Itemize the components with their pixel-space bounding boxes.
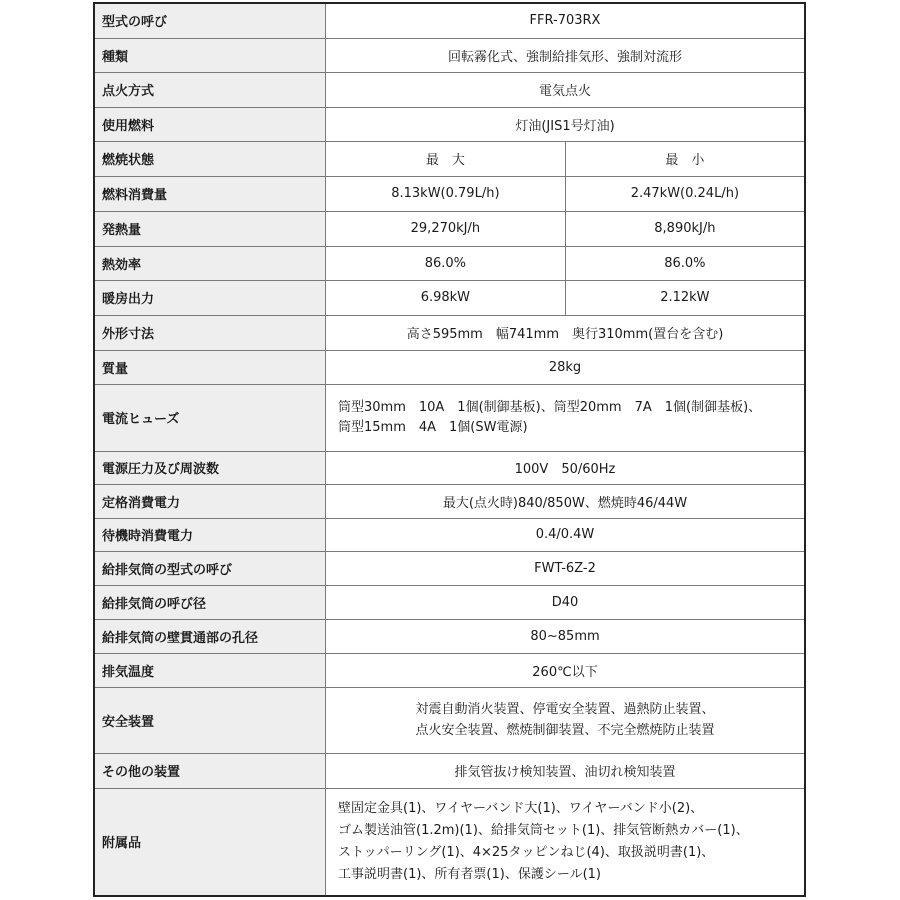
label-power-supply: 電源圧力及び周波数 bbox=[94, 451, 326, 484]
label-thermal-efficiency: 熱効率 bbox=[94, 246, 326, 280]
row-wall-hole: 給排気筒の壁貫通部の孔径 80~85mm bbox=[94, 619, 805, 653]
row-fuel-consumption: 燃料消費量 8.13kW(0.79L/h) 2.47kW(0.24L/h) bbox=[94, 176, 805, 211]
label-standby-power: 待機時消費電力 bbox=[94, 518, 326, 551]
row-exhaust-temp: 排気温度 260℃以下 bbox=[94, 653, 805, 687]
value-wall-hole: 80~85mm bbox=[326, 619, 806, 653]
value-heating-output-max: 6.98kW bbox=[326, 280, 566, 315]
value-weight: 28kg bbox=[326, 350, 806, 384]
value-thermal-efficiency-max: 86.0% bbox=[326, 246, 566, 280]
label-fuse: 電流ヒューズ bbox=[94, 384, 326, 451]
label-wall-hole: 給排気筒の壁貫通部の孔径 bbox=[94, 619, 326, 653]
value-type: 回転霧化式、強制給排気形、強制対流形 bbox=[326, 38, 806, 72]
row-ignition: 点火方式 電気点火 bbox=[94, 72, 805, 107]
row-heat-output: 発熱量 29,270kJ/h 8,890kJ/h bbox=[94, 211, 805, 246]
value-heat-output-max: 29,270kJ/h bbox=[326, 211, 566, 246]
row-fuel: 使用燃料 灯油(JIS1号灯油) bbox=[94, 107, 805, 141]
value-combustion-max: 最 大 bbox=[326, 141, 566, 176]
value-exhaust-temp: 260℃以下 bbox=[326, 653, 806, 687]
label-ignition: 点火方式 bbox=[94, 72, 326, 107]
fuse-line-1: 筒型30mm 10A 1個(制御基板)、筒型20mm 7A 1個(制御基板)、 bbox=[338, 398, 804, 418]
row-power-supply: 電源圧力及び周波数 100V 50/60Hz bbox=[94, 451, 805, 484]
value-model: FFR-703RX bbox=[326, 3, 806, 38]
value-heat-output-min: 8,890kJ/h bbox=[565, 211, 805, 246]
row-model: 型式の呼び FFR-703RX bbox=[94, 3, 805, 38]
label-fuel: 使用燃料 bbox=[94, 107, 326, 141]
value-dimensions: 高さ595mm 幅741mm 奥行310mm(置台を含む) bbox=[326, 315, 806, 350]
row-accessories: 附属品 壁固定金具(1)、ワイヤーバンド大(1)、ワイヤーバンド小(2)、 ゴム… bbox=[94, 788, 805, 896]
row-other-devices: その他の装置 排気管抜け検知装置、油切れ検知装置 bbox=[94, 753, 805, 788]
fuse-line-2: 筒型15mm 4A 1個(SW電源) bbox=[338, 418, 804, 438]
accessories-line-1: 壁固定金具(1)、ワイヤーバンド大(1)、ワイヤーバンド小(2)、 bbox=[338, 798, 804, 820]
label-exhaust-temp: 排気温度 bbox=[94, 653, 326, 687]
row-standby-power: 待機時消費電力 0.4/0.4W bbox=[94, 518, 805, 551]
value-power-supply: 100V 50/60Hz bbox=[326, 451, 806, 484]
label-other-devices: その他の装置 bbox=[94, 753, 326, 788]
value-rated-power: 最大(点火時)840/850W、燃焼時46/44W bbox=[326, 484, 806, 518]
label-heating-output: 暖房出力 bbox=[94, 280, 326, 315]
label-flue-model: 給排気筒の型式の呼び bbox=[94, 551, 326, 585]
value-flue-model: FWT-6Z-2 bbox=[326, 551, 806, 585]
row-type: 種類 回転霧化式、強制給排気形、強制対流形 bbox=[94, 38, 805, 72]
accessories-line-4: 工事説明書(1)、所有者票(1)、保護シール(1) bbox=[338, 864, 804, 886]
value-other-devices: 排気管抜け検知装置、油切れ検知装置 bbox=[326, 753, 806, 788]
row-flue-diameter: 給排気筒の呼び径 D40 bbox=[94, 585, 805, 619]
value-standby-power: 0.4/0.4W bbox=[326, 518, 806, 551]
safety-line-2: 点火安全装置、燃焼制御装置、不完全燃焼防止装置 bbox=[415, 720, 714, 741]
row-combustion-state: 燃焼状態 最 大 最 小 bbox=[94, 141, 805, 176]
label-rated-power: 定格消費電力 bbox=[94, 484, 326, 518]
label-heat-output: 発熱量 bbox=[94, 211, 326, 246]
value-accessories: 壁固定金具(1)、ワイヤーバンド大(1)、ワイヤーバンド小(2)、 ゴム製送油管… bbox=[326, 788, 806, 896]
safety-line-1: 対震自動消火装置、停電安全装置、過熱防止装置、 bbox=[415, 699, 714, 720]
row-heating-output: 暖房出力 6.98kW 2.12kW bbox=[94, 280, 805, 315]
label-flue-diameter: 給排気筒の呼び径 bbox=[94, 585, 326, 619]
label-type: 種類 bbox=[94, 38, 326, 72]
value-thermal-efficiency-min: 86.0% bbox=[565, 246, 805, 280]
accessories-line-2: ゴム製送油管(1.2m)(1)、給排気筒セット(1)、排気管断熱カバー(1)、 bbox=[338, 820, 804, 842]
value-safety: 対震自動消火装置、停電安全装置、過熱防止装置、 点火安全装置、燃焼制御装置、不完… bbox=[326, 687, 806, 753]
row-safety: 安全装置 対震自動消火装置、停電安全装置、過熱防止装置、 点火安全装置、燃焼制御… bbox=[94, 687, 805, 753]
row-fuse: 電流ヒューズ 筒型30mm 10A 1個(制御基板)、筒型20mm 7A 1個(… bbox=[94, 384, 805, 451]
value-fuel-consumption-max: 8.13kW(0.79L/h) bbox=[326, 176, 566, 211]
value-fuel: 灯油(JIS1号灯油) bbox=[326, 107, 806, 141]
value-flue-diameter: D40 bbox=[326, 585, 806, 619]
label-accessories: 附属品 bbox=[94, 788, 326, 896]
label-model: 型式の呼び bbox=[94, 3, 326, 38]
row-flue-model: 給排気筒の型式の呼び FWT-6Z-2 bbox=[94, 551, 805, 585]
label-weight: 質量 bbox=[94, 350, 326, 384]
row-weight: 質量 28kg bbox=[94, 350, 805, 384]
row-thermal-efficiency: 熱効率 86.0% 86.0% bbox=[94, 246, 805, 280]
label-dimensions: 外形寸法 bbox=[94, 315, 326, 350]
value-fuel-consumption-min: 2.47kW(0.24L/h) bbox=[565, 176, 805, 211]
spec-table: 型式の呼び FFR-703RX 種類 回転霧化式、強制給排気形、強制対流形 点火… bbox=[93, 2, 806, 897]
label-fuel-consumption: 燃料消費量 bbox=[94, 176, 326, 211]
value-combustion-min: 最 小 bbox=[565, 141, 805, 176]
row-rated-power: 定格消費電力 最大(点火時)840/850W、燃焼時46/44W bbox=[94, 484, 805, 518]
row-dimensions: 外形寸法 高さ595mm 幅741mm 奥行310mm(置台を含む) bbox=[94, 315, 805, 350]
value-fuse: 筒型30mm 10A 1個(制御基板)、筒型20mm 7A 1個(制御基板)、 … bbox=[326, 384, 806, 451]
label-combustion-state: 燃焼状態 bbox=[94, 141, 326, 176]
label-safety: 安全装置 bbox=[94, 687, 326, 753]
value-ignition: 電気点火 bbox=[326, 72, 806, 107]
value-heating-output-min: 2.12kW bbox=[565, 280, 805, 315]
accessories-line-3: ストッパーリング(1)、4×25タッピンねじ(4)、取扱説明書(1)、 bbox=[338, 842, 804, 864]
